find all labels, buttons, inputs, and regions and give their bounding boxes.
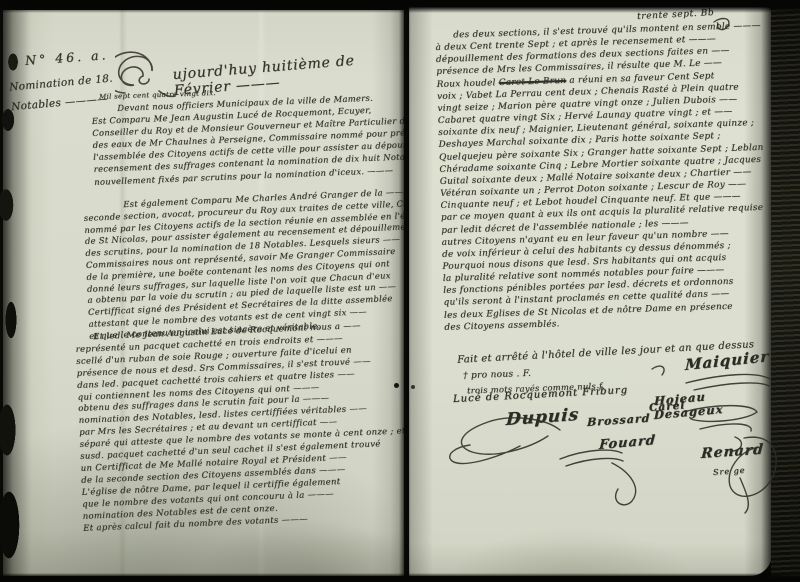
book-gutter [399, 6, 411, 576]
photo-border-top [0, 0, 800, 13]
book-edge-left [0, 0, 36, 582]
signature-brossard: Brossard [587, 412, 651, 429]
ink-spot [394, 383, 399, 388]
margin-folio-number: N° 46. a. [25, 47, 109, 68]
photo-border-bottom [0, 573, 800, 582]
signature-renard: Renard [700, 442, 764, 463]
book-edge-right [771, 0, 800, 582]
paragraph-comparution-1: Devant nous officiers Municipaux de la v… [91, 88, 404, 187]
left-page: N° 46. a. Nomination de 18. Notables ———… [3, 10, 404, 576]
signature-fouard: Fouard [598, 433, 656, 453]
ink-spot [411, 385, 415, 389]
paragraph-depouillement: Et led. Me Jean Augustin Lucé de Rocquem… [75, 318, 404, 535]
approval-note: † pro nous . F. [463, 369, 531, 381]
signature-renard-title: Sre ge [713, 466, 746, 477]
manuscript-photo: N° 46. a. Nomination de 18. Notables ———… [0, 0, 800, 582]
paragraph-resultats: des deux sections, il s'est trouvé qu'il… [435, 20, 770, 334]
signature-dupuis: Dupuis [505, 405, 580, 430]
signature-desageux: Hojeau Desageux [654, 384, 772, 422]
right-page: trente sept. Bb des deux sections, il s'… [409, 6, 772, 576]
paragraph-comparution-2: Est également Comparu Me Charles André G… [83, 184, 404, 342]
